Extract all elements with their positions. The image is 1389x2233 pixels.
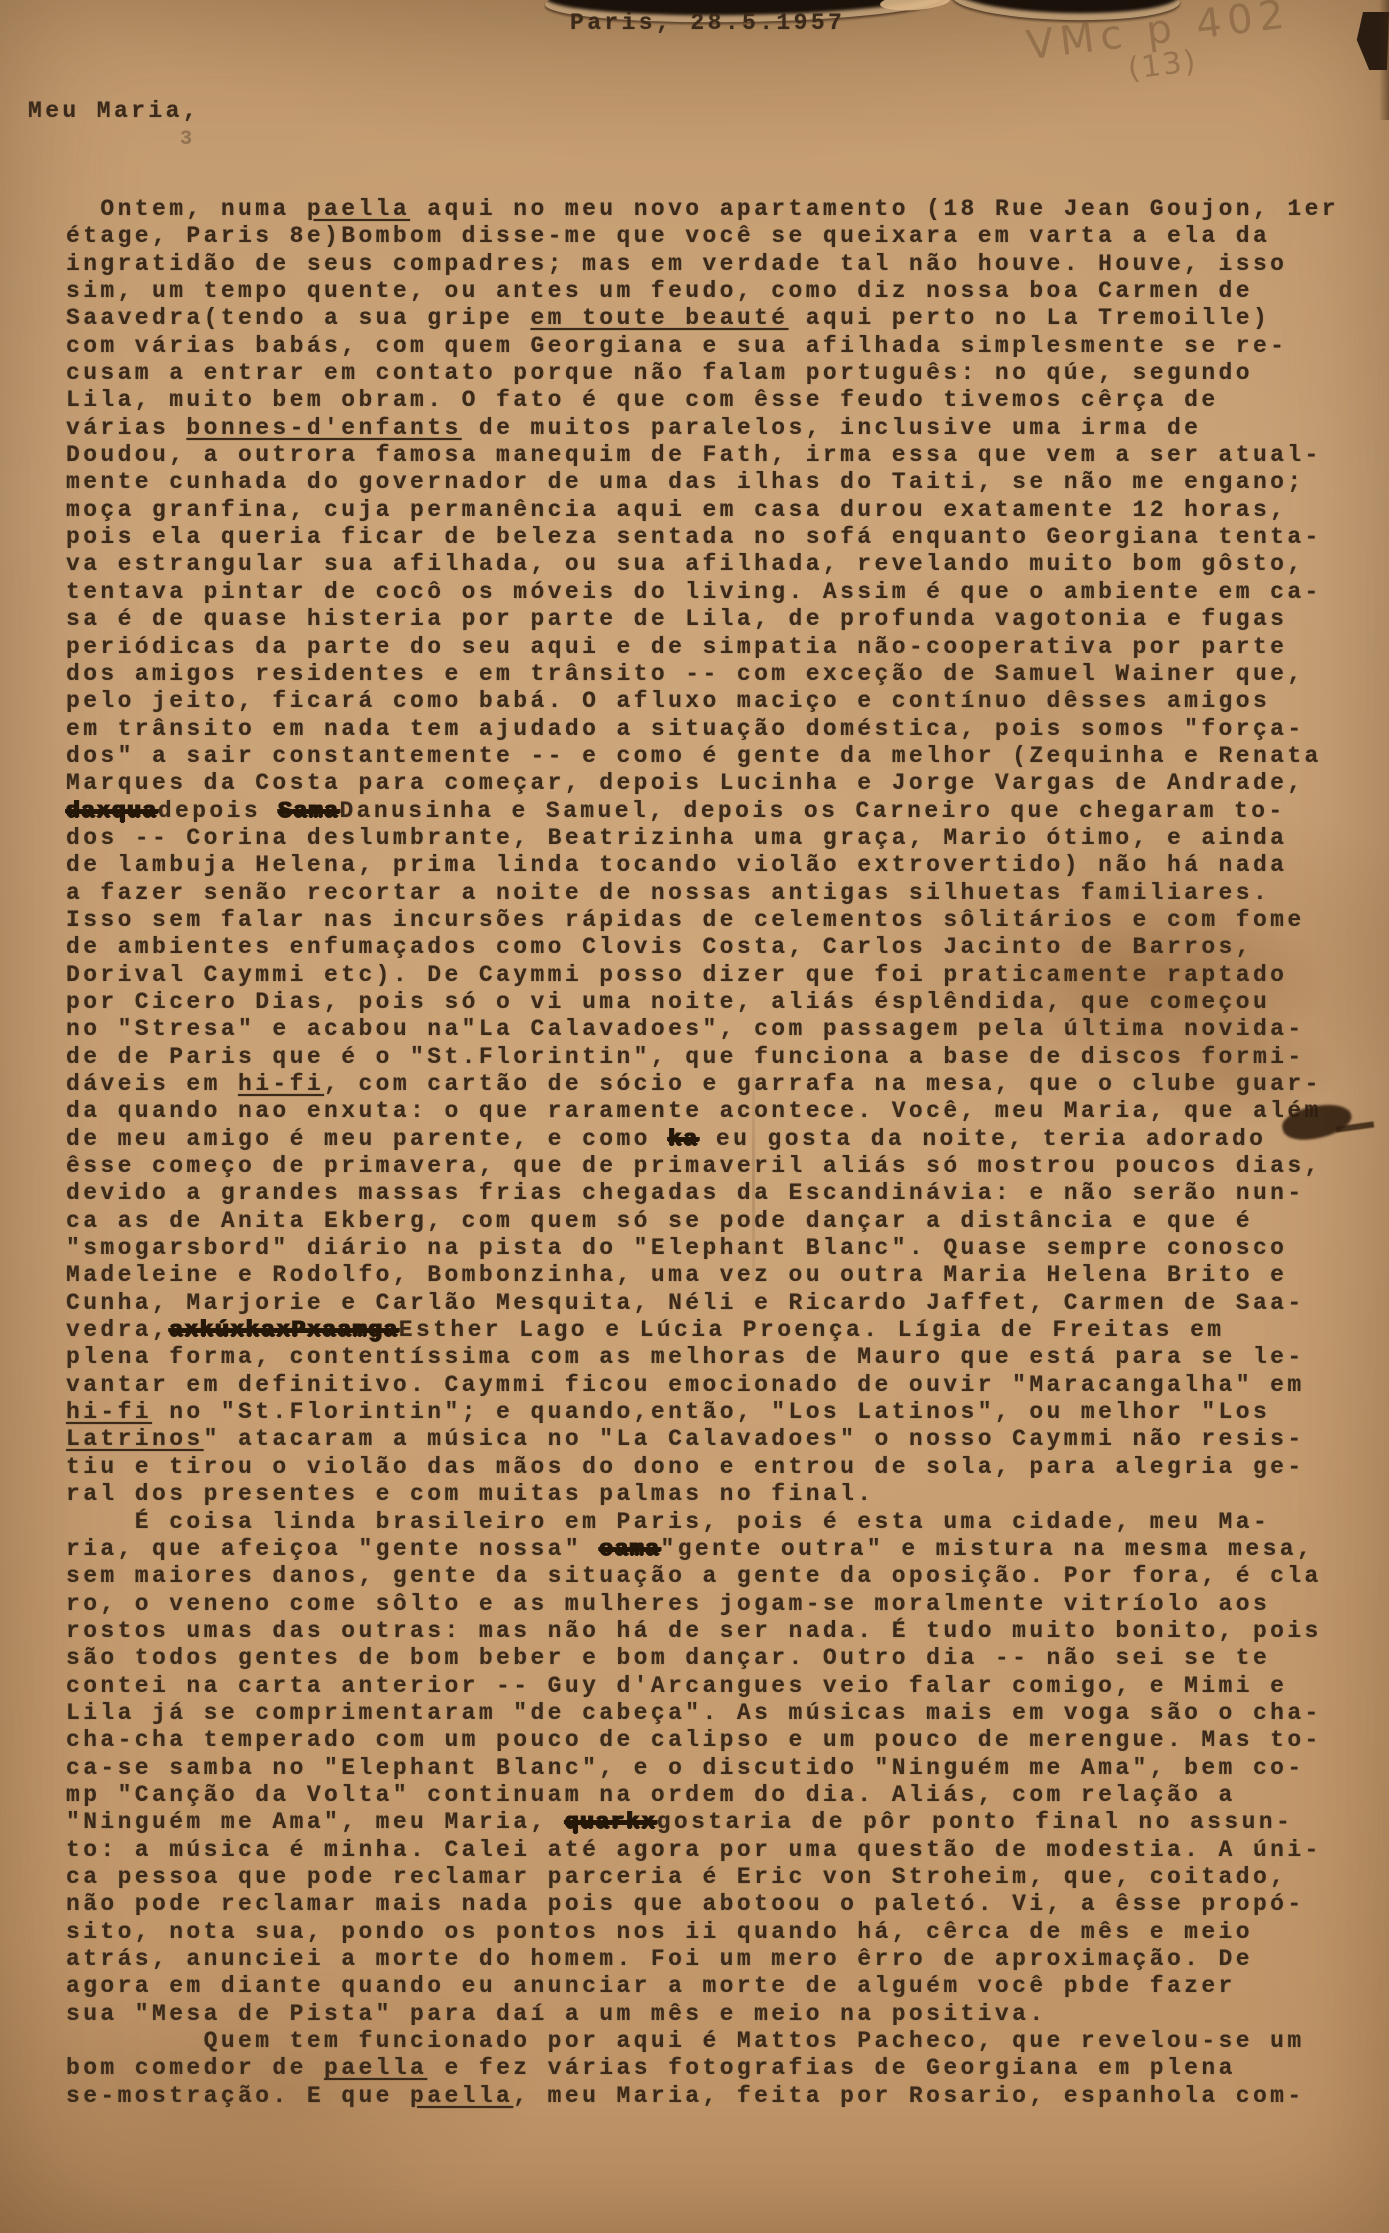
typed-text: "Ninguém me Ama", meu Maria,	[66, 1809, 565, 1835]
letter-line: Dorival Caymmi etc). De Caymmi posso diz…	[66, 962, 1376, 989]
letter-line: de lambuja Helena, prima linda tocando v…	[66, 852, 1376, 879]
letter-line: por Cicero Dias, pois só o vi uma noite,…	[66, 989, 1376, 1016]
typed-text: ro, o veneno come sôlto e as mulheres jo…	[66, 1591, 1270, 1617]
typed-text: plena forma, contentíssima com as melhor…	[66, 1344, 1305, 1370]
typed-text: por Cicero Dias, pois só o vi uma noite,…	[66, 989, 1270, 1015]
struck-text: axkúxkaxPxaamga	[169, 1317, 399, 1343]
letter-line: cusam a entrar em contato porque não fal…	[66, 360, 1376, 387]
letter-line: ca as de Anita Ekberg, com quem só se po…	[66, 1208, 1376, 1235]
right-edge-shadow	[1379, 0, 1389, 120]
letter-line: mente cunhada do governador de uma das i…	[66, 469, 1376, 496]
typed-text: étage, Paris 8e)Bombom disse-me que você…	[66, 223, 1270, 249]
underlined-text: bonnes-d'enfants	[186, 415, 461, 441]
underlined-text: hi-fi	[238, 1071, 324, 1097]
letter-line: sim, um tempo quente, ou antes um feudo,…	[66, 278, 1376, 305]
letter-line: vantar em definitivo. Caymmi ficou emoci…	[66, 1372, 1376, 1399]
typed-text: , meu Maria, feita por Rosario, espanhol…	[513, 2083, 1304, 2109]
letter-line: ral dos presentes e com muitas palmas no…	[66, 1481, 1376, 1508]
letter-line: sito, nota sua, pondo os pontos nos ii q…	[66, 1919, 1376, 1946]
underlined-text: Latrinos	[66, 1426, 204, 1452]
letter-line: Quem tem funcionado por aqui é Mattos Pa…	[66, 2028, 1376, 2055]
letter-line: dáveis em hi-fi, com cartão de sócio e g…	[66, 1071, 1376, 1098]
letter-body: Ontem, numa paella aqui no meu novo apar…	[66, 196, 1376, 2110]
typed-text: ca-se samba no "Elephant Blanc", e o dis…	[66, 1755, 1305, 1781]
typed-text: É coisa linda brasileiro em Paris, pois …	[66, 1509, 1270, 1535]
letter-line: atrás, anunciei a morte do homem. Foi um…	[66, 1946, 1376, 1973]
letter-line: tentava pintar de cocô os móveis do livi…	[66, 579, 1376, 606]
typed-text: dos -- Corina deslumbrante, Beatrizinha …	[66, 825, 1287, 851]
letter-line: Isso sem falar nas incursões rápidas de …	[66, 907, 1376, 934]
typed-text: mente cunhada do governador de uma das i…	[66, 469, 1305, 495]
typed-text: Lila, muito bem obram. O fato é que com …	[66, 387, 1219, 413]
letter-line: Marques da Costa para começar, depois Lu…	[66, 770, 1376, 797]
typed-text: "smogarsbord" diário na pista do "Elepha…	[66, 1235, 1287, 1261]
letter-line: "Ninguém me Ama", meu Maria, quarkxgosta…	[66, 1809, 1376, 1836]
letter-line: rostos umas das outras: mas não há de se…	[66, 1618, 1376, 1645]
typed-text: de lambuja Helena, prima linda tocando v…	[66, 852, 1287, 878]
typed-text: Esther Lago e Lúcia Proença. Lígia de Fr…	[399, 1317, 1225, 1343]
typed-text: a fazer senão recortar a noite de nossas…	[66, 880, 1270, 906]
letter-line: êsse começo de primavera, que de primave…	[66, 1153, 1376, 1180]
typed-text: dos" a sair constantemente -- e como é g…	[66, 743, 1322, 769]
letter-line: Doudou, a outrora famosa manequim de Fat…	[66, 442, 1376, 469]
salutation: Meu Maria,	[28, 98, 200, 124]
typed-text: no "Stresa" e acabou na"La Calavadoes", …	[66, 1016, 1305, 1042]
typed-text: Marques da Costa para começar, depois Lu…	[66, 770, 1305, 796]
typed-text: periódicas da parte do seu aqui e de sim…	[66, 634, 1287, 660]
typed-text: tentava pintar de cocô os móveis do livi…	[66, 579, 1322, 605]
typed-text: Ontem, numa	[66, 196, 307, 222]
letter-line: contei na carta anterior -- Guy d'Arcang…	[66, 1673, 1376, 1700]
typed-text: da quando nao enxuta: o que raramente ac…	[66, 1098, 1322, 1124]
letter-line: não pode reclamar mais nada pois que abo…	[66, 1891, 1376, 1918]
letter-line: ca pessoa que pode reclamar parceria é E…	[66, 1864, 1376, 1891]
typed-text: Quem tem funcionado por aqui é Mattos Pa…	[66, 2028, 1305, 2054]
typed-text: ca pessoa que pode reclamar parceria é E…	[66, 1864, 1287, 1890]
struck-text: ka	[668, 1126, 699, 1152]
typed-text: sua "Mesa de Pista" para daí a um mês e …	[66, 2001, 1047, 2027]
typed-text: aqui perto no La Tremoille)	[789, 305, 1271, 331]
typed-text: rostos umas das outras: mas não há de se…	[66, 1618, 1322, 1644]
typed-text: dos amigos residentes e em trânsito -- c…	[66, 661, 1305, 687]
date-line: Paris, 28.5.1957	[570, 10, 845, 36]
typed-text: bom comedor de	[66, 2055, 324, 2081]
letter-line: Ontem, numa paella aqui no meu novo apar…	[66, 196, 1376, 223]
typed-text: ral dos presentes e com muitas palmas no…	[66, 1481, 875, 1507]
letter-line: de ambientes enfumaçados como Clovis Cos…	[66, 934, 1376, 961]
letter-line: to: a música é minha. Calei até agora po…	[66, 1837, 1376, 1864]
typed-text: agora em diante quando eu anunciar a mor…	[66, 1973, 1236, 1999]
letter-line: daxquadepois SamaDanusinha e Samuel, dep…	[66, 798, 1376, 825]
typed-text: aqui no meu novo apartamento (18 Rue Jea…	[410, 196, 1339, 222]
typed-text: va estrangular sua afilhada, ou sua afil…	[66, 551, 1305, 577]
typed-text: são todos gentes de bom beber e bom danç…	[66, 1645, 1270, 1671]
typed-text: depois	[158, 798, 278, 824]
letter-line: moça granfina, cuja permanência aqui em …	[66, 497, 1376, 524]
letter-line: devido a grandes massas frias chegadas d…	[66, 1180, 1376, 1207]
letter-line: tiu e tirou o violão das mãos do dono e …	[66, 1454, 1376, 1481]
typed-text: várias	[66, 415, 186, 441]
typed-text: Saavedra(tendo a sua gripe	[66, 305, 530, 331]
typed-text: ria, que afeiçoa "gente nossa"	[66, 1536, 599, 1562]
typed-text: vantar em definitivo. Caymmi ficou emoci…	[66, 1372, 1305, 1398]
typed-text: Madeleine e Rodolfo, Bombonzinha, uma ve…	[66, 1262, 1287, 1288]
letter-line: a fazer senão recortar a noite de nossas…	[66, 880, 1376, 907]
struck-text: eama	[599, 1536, 660, 1562]
letter-line: étage, Paris 8e)Bombom disse-me que você…	[66, 223, 1376, 250]
typed-text: mp "Canção da Volta" continuam na ordem …	[66, 1782, 1236, 1808]
letter-line: va estrangular sua afilhada, ou sua afil…	[66, 551, 1376, 578]
typed-text: se-mostração. E que	[66, 2083, 410, 2109]
typed-text: de de Paris que é o "St.Florintin", que …	[66, 1044, 1305, 1070]
letter-line: vedra,axkúxkaxPxaamgaEsther Lago e Lúcia…	[66, 1317, 1376, 1344]
typed-text: cusam a entrar em contato porque não fal…	[66, 360, 1253, 386]
stray-typed-mark: 3	[180, 128, 195, 151]
letter-line: sua "Mesa de Pista" para daí a um mês e …	[66, 2001, 1376, 2028]
letter-line: agora em diante quando eu anunciar a mor…	[66, 1973, 1376, 2000]
typed-text: atrás, anunciei a morte do homem. Foi um…	[66, 1946, 1253, 1972]
letter-line: cha-cha temperado com um pouco de calips…	[66, 1727, 1376, 1754]
letter-line: sa é de quase histeria por parte de Lila…	[66, 606, 1376, 633]
letter-line: se-mostração. E que paella, meu Maria, f…	[66, 2083, 1376, 2110]
letter-line: hi-fi no "St.Florintin"; e quando,então,…	[66, 1399, 1376, 1426]
typed-text: êsse começo de primavera, que de primave…	[66, 1153, 1322, 1179]
letter-line: ria, que afeiçoa "gente nossa" eama"gent…	[66, 1536, 1376, 1563]
typed-text: sem maiores danos, gente da situação a g…	[66, 1563, 1322, 1589]
letter-line: Lila, muito bem obram. O fato é que com …	[66, 387, 1376, 414]
letter-line: várias bonnes-d'enfants de muitos parale…	[66, 415, 1376, 442]
typed-text: Isso sem falar nas incursões rápidas de …	[66, 907, 1305, 933]
typed-text: "gente outra" e mistura na mesma mesa,	[661, 1536, 1315, 1562]
underlined-text: paella	[324, 2055, 427, 2081]
typed-text: não pode reclamar mais nada pois que abo…	[66, 1891, 1305, 1917]
typed-text: ingratidão de seus compadres; mas em ver…	[66, 251, 1287, 277]
typed-text: dáveis em	[66, 1071, 238, 1097]
letter-line: plena forma, contentíssima com as melhor…	[66, 1344, 1376, 1371]
typed-text: de ambientes enfumaçados como Clovis Cos…	[66, 934, 1253, 960]
letter-line: com várias babás, com quem Georgiana e s…	[66, 333, 1376, 360]
letter-line: são todos gentes de bom beber e bom danç…	[66, 1645, 1376, 1672]
letter-line: dos -- Corina deslumbrante, Beatrizinha …	[66, 825, 1376, 852]
typed-text: " atacaram a música no "La Calavadoes" o…	[204, 1426, 1305, 1452]
letter-line: "smogarsbord" diário na pista do "Elepha…	[66, 1235, 1376, 1262]
letter-line: Cunha, Marjorie e Carlão Mesquita, Néli …	[66, 1290, 1376, 1317]
typed-text: Lila já se comprimentaram "de cabeça". A…	[66, 1700, 1322, 1726]
typed-text: vedra,	[66, 1317, 169, 1343]
struck-text: quarkx	[565, 1809, 657, 1835]
letter-line: mp "Canção da Volta" continuam na ordem …	[66, 1782, 1376, 1809]
letter-line: em trânsito em nada tem ajudado a situaç…	[66, 716, 1376, 743]
letter-line: da quando nao enxuta: o que raramente ac…	[66, 1098, 1376, 1125]
letter-line: Saavedra(tendo a sua gripe em toute beau…	[66, 305, 1376, 332]
typed-text: sito, nota sua, pondo os pontos nos ii q…	[66, 1919, 1253, 1945]
letter-line: de de Paris que é o "St.Florintin", que …	[66, 1044, 1376, 1071]
typed-text: de muitos paralelos, inclusive uma irma …	[462, 415, 1202, 441]
typed-text: pelo jeito, ficará como babá. O afluxo m…	[66, 688, 1270, 714]
typed-text: devido a grandes massas frias chegadas d…	[66, 1180, 1305, 1206]
typed-text: sim, um tempo quente, ou antes um feudo,…	[66, 278, 1253, 304]
letter-line: de meu amigo é meu parente, e como ka eu…	[66, 1126, 1376, 1153]
typed-text: Dorival Caymmi etc). De Caymmi posso diz…	[66, 962, 1287, 988]
letter-line: Latrinos" atacaram a música no "La Calav…	[66, 1426, 1376, 1453]
typed-text: com várias babás, com quem Georgiana e s…	[66, 333, 1287, 359]
typed-text: moça granfina, cuja permanência aqui em …	[66, 497, 1287, 523]
typed-text: eu gosta da noite, teria adorado	[699, 1126, 1267, 1152]
typed-text: tiu e tirou o violão das mãos do dono e …	[66, 1454, 1305, 1480]
letter-line: bom comedor de paella e fez várias fotog…	[66, 2055, 1376, 2082]
letter-line: Madeleine e Rodolfo, Bombonzinha, uma ve…	[66, 1262, 1376, 1289]
struck-text: Sama	[278, 798, 339, 824]
typed-text: ca as de Anita Ekberg, com quem só se po…	[66, 1208, 1253, 1234]
letter-line: ingratidão de seus compadres; mas em ver…	[66, 251, 1376, 278]
typed-text: to: a música é minha. Calei até agora po…	[66, 1837, 1322, 1863]
letter-line: ca-se samba no "Elephant Blanc", e o dis…	[66, 1755, 1376, 1782]
typed-text: Doudou, a outrora famosa manequim de Fat…	[66, 442, 1322, 468]
typed-text: pois ela queria ficar de beleza sentada …	[66, 524, 1322, 550]
typed-text: em trânsito em nada tem ajudado a situaç…	[66, 716, 1305, 742]
typed-text: Cunha, Marjorie e Carlão Mesquita, Néli …	[66, 1290, 1305, 1316]
letter-line: pelo jeito, ficará como babá. O afluxo m…	[66, 688, 1376, 715]
letter-line: periódicas da parte do seu aqui e de sim…	[66, 634, 1376, 661]
typed-text: no "St.Florintin"; e quando,então, "Los …	[152, 1399, 1270, 1425]
typed-text: , com cartão de sócio e garrafa na mesa,…	[324, 1071, 1322, 1097]
letter-line: no "Stresa" e acabou na"La Calavadoes", …	[66, 1016, 1376, 1043]
letter-line: É coisa linda brasileiro em Paris, pois …	[66, 1509, 1376, 1536]
typed-text: de meu amigo é meu parente, e como	[66, 1126, 668, 1152]
letter-line: ro, o veneno come sôlto e as mulheres jo…	[66, 1591, 1376, 1618]
letter-line: pois ela queria ficar de beleza sentada …	[66, 524, 1376, 551]
letter-line: dos amigos residentes e em trânsito -- c…	[66, 661, 1376, 688]
letter-page: Paris, 28.5.1957 VMc p 402 (13) Meu Mari…	[0, 0, 1389, 2233]
typed-text: e fez várias fotografias de Georgiana em…	[427, 2055, 1236, 2081]
typed-text: Danusinha e Samuel, depois os Carneiro q…	[339, 798, 1285, 824]
underlined-text: paella	[307, 196, 410, 222]
struck-text: daxqua	[66, 798, 158, 824]
letter-line: dos" a sair constantemente -- e como é g…	[66, 743, 1376, 770]
underlined-text: hi-fi	[66, 1399, 152, 1425]
typed-text: contei na carta anterior -- Guy d'Arcang…	[66, 1673, 1287, 1699]
letter-line: Lila já se comprimentaram "de cabeça". A…	[66, 1700, 1376, 1727]
typed-text: sa é de quase histeria por parte de Lila…	[66, 606, 1287, 632]
underlined-text: em toute beauté	[530, 305, 788, 331]
typed-text: gostaria de pôr ponto final no assun-	[657, 1809, 1293, 1835]
underlined-text: paella	[410, 2083, 513, 2109]
typed-text: cha-cha temperado com um pouco de calips…	[66, 1727, 1322, 1753]
letter-line: sem maiores danos, gente da situação a g…	[66, 1563, 1376, 1590]
